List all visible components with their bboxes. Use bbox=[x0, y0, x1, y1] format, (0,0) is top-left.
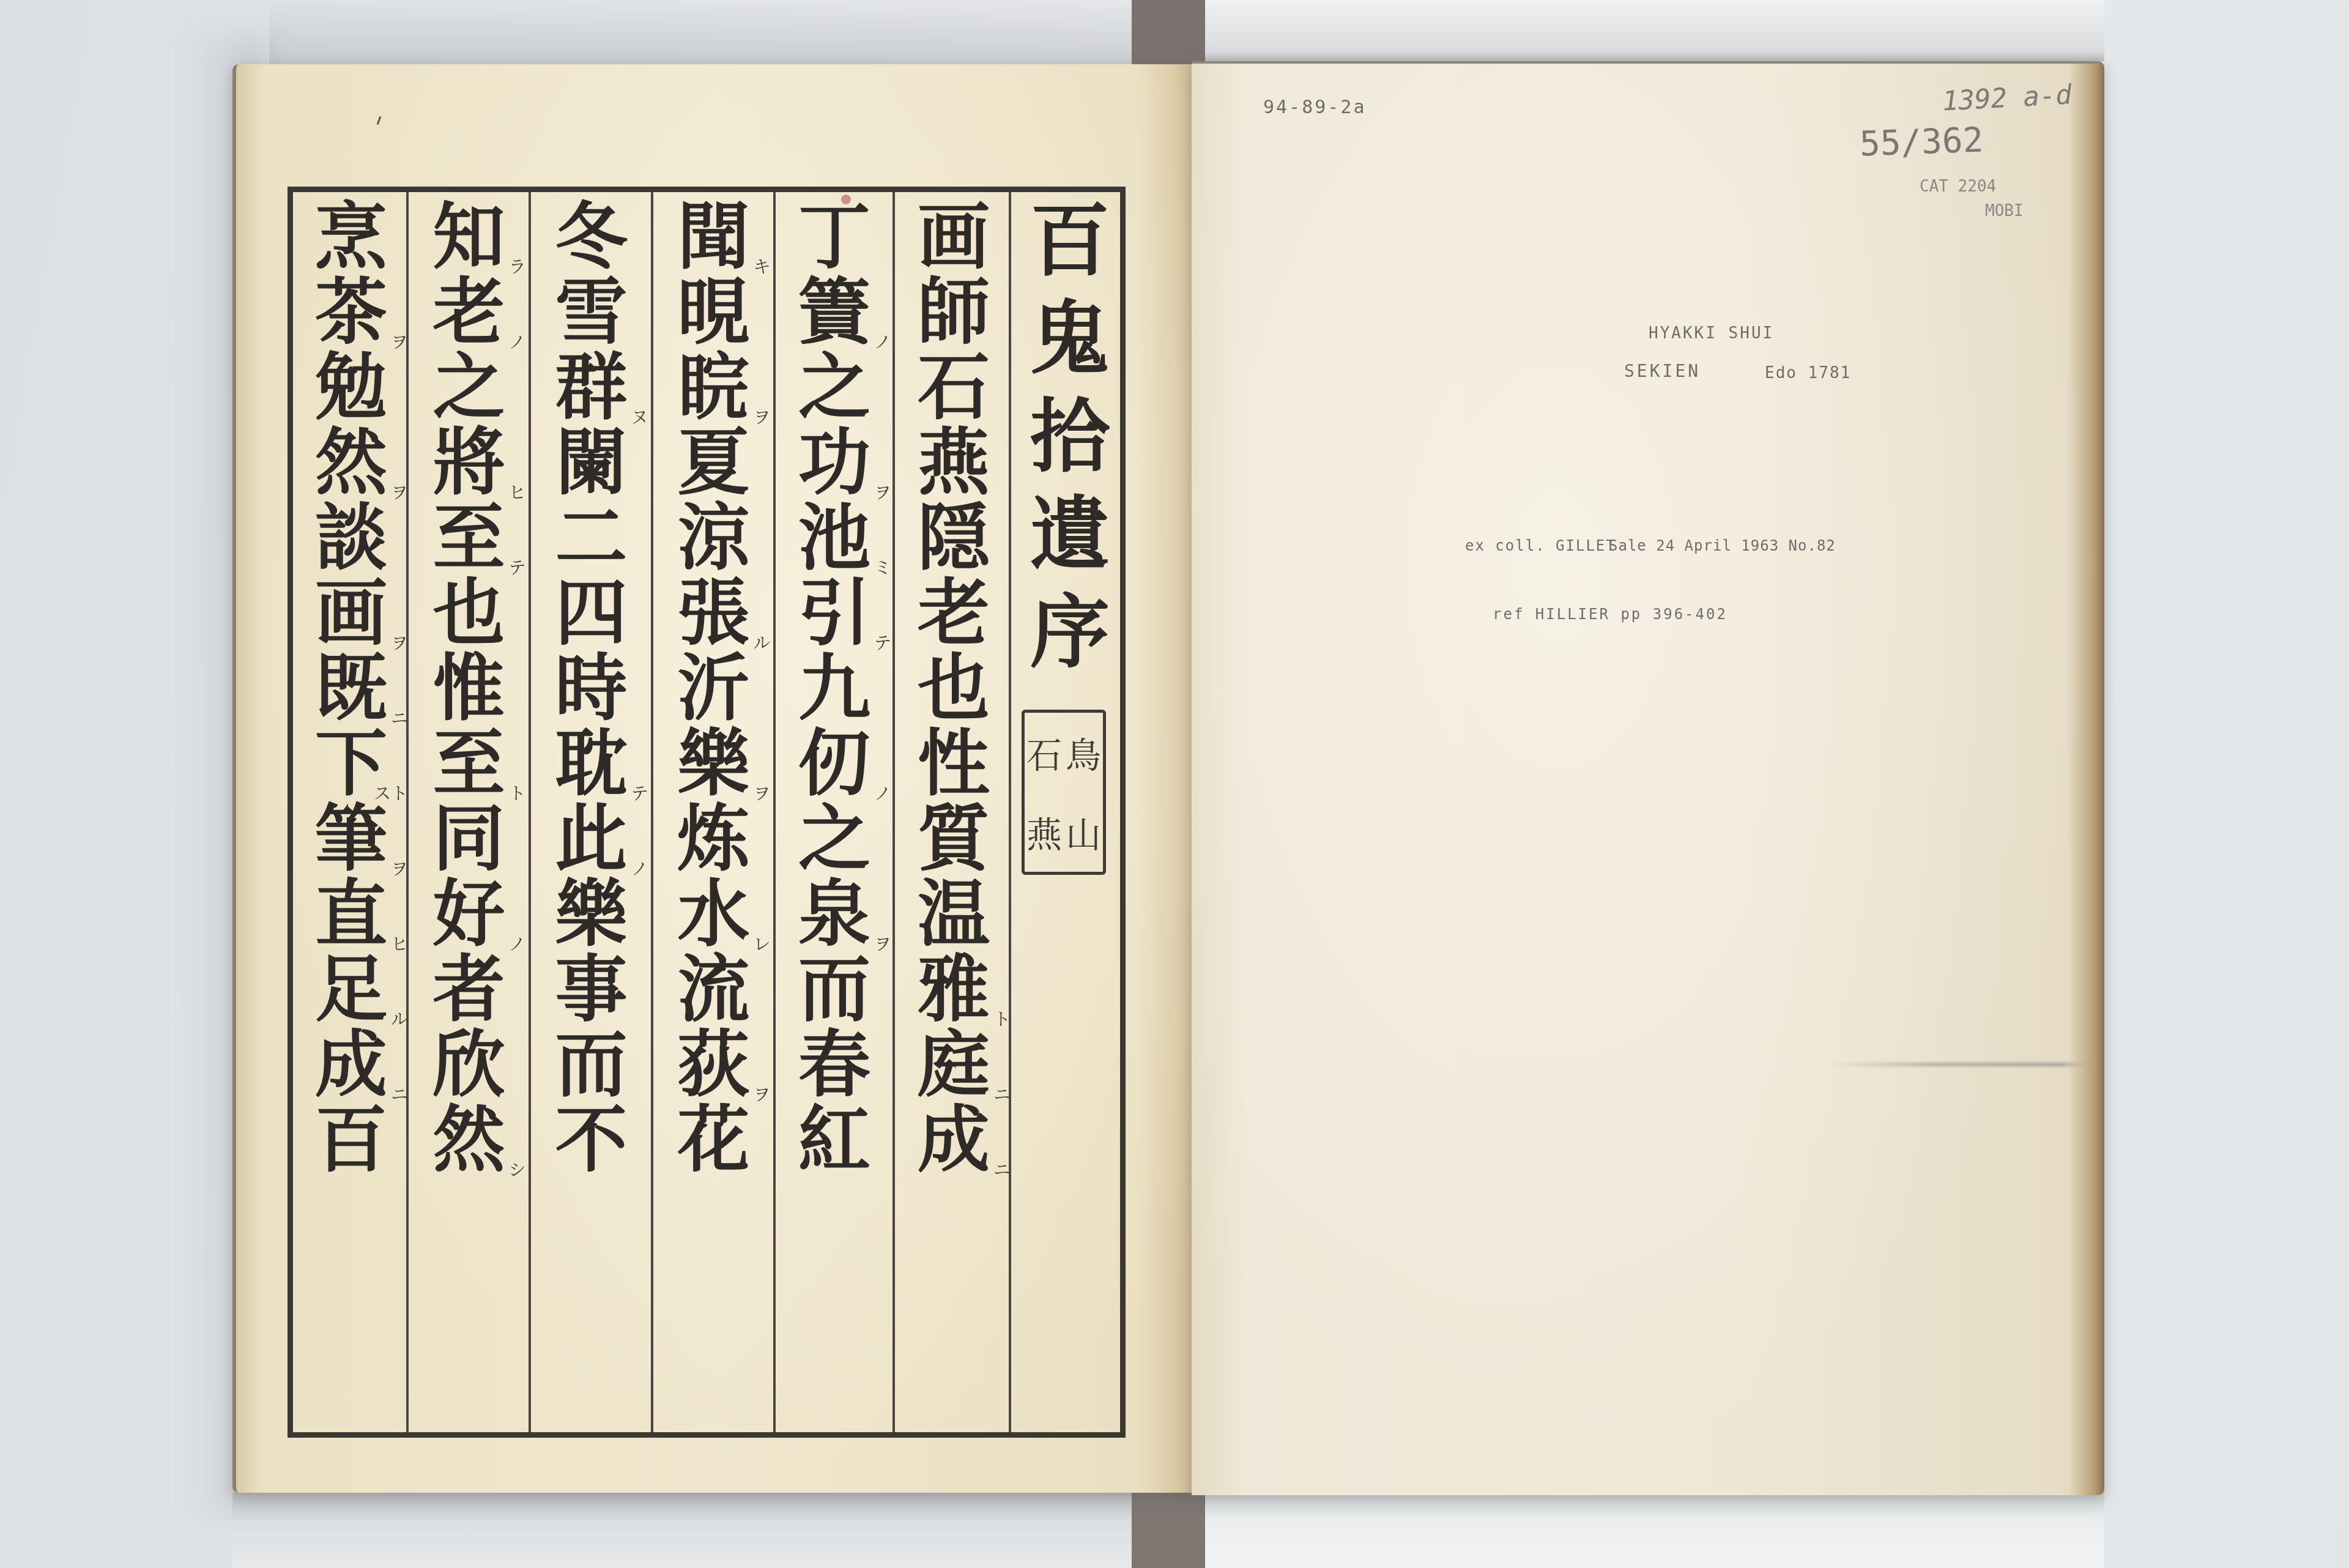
column-rule bbox=[529, 192, 531, 1432]
text-char: 此ノ bbox=[555, 803, 627, 878]
text-char: 之 bbox=[798, 351, 870, 426]
text-char: 画ヲ bbox=[315, 577, 387, 652]
kunten-mark: ラ bbox=[508, 259, 525, 276]
text-char: 不 bbox=[555, 1104, 627, 1179]
kunten-mark: ヒ bbox=[391, 936, 408, 953]
text-char: 事 bbox=[555, 953, 627, 1028]
text-char: 丁 bbox=[798, 201, 870, 276]
text-char: 聞キ bbox=[677, 201, 749, 276]
backdrop-bottom-right bbox=[1205, 1493, 2104, 1568]
right-page bbox=[1192, 61, 2104, 1495]
column-rule bbox=[651, 192, 653, 1432]
kunten-mark: ノ bbox=[508, 936, 525, 953]
spine-bottom bbox=[1132, 1493, 1205, 1568]
text-char: 画 bbox=[918, 201, 990, 276]
kunten-mark: ヲ bbox=[391, 861, 408, 878]
kunten-mark: テ bbox=[631, 786, 648, 803]
text-char: 然ヲ bbox=[315, 426, 387, 502]
text-char: 欣 bbox=[432, 1028, 505, 1104]
text-char: 成ニ bbox=[918, 1104, 990, 1179]
pencil-author: SEKIEN bbox=[1624, 361, 1701, 381]
text-char: 春 bbox=[798, 1028, 870, 1104]
text-char: 然シ bbox=[432, 1104, 505, 1179]
kunten-mark: キ bbox=[753, 259, 770, 276]
kunten-mark: ト bbox=[993, 1011, 1011, 1028]
kunten-mark: ヒ bbox=[508, 485, 525, 502]
text-char: 水レ bbox=[677, 878, 749, 953]
kunten-mark: ノ bbox=[508, 334, 525, 351]
text-char: 既ニ bbox=[315, 652, 387, 727]
text-char: 耽テ bbox=[555, 727, 627, 803]
kunten-mark: テ bbox=[508, 560, 525, 577]
pencil-sale-note: Sale 24 April 1963 No.82 bbox=[1609, 537, 1836, 554]
kunten-mark: ニ bbox=[993, 1087, 1011, 1104]
text-char: 百 bbox=[315, 1104, 387, 1179]
text-char: 樂 bbox=[555, 878, 627, 953]
text-char: 而 bbox=[798, 953, 870, 1028]
text-char: 四 bbox=[555, 577, 627, 652]
title-char: 百 bbox=[1030, 201, 1110, 299]
kunten-mark: テ bbox=[874, 635, 891, 652]
kunten-mark: ル bbox=[391, 1011, 408, 1028]
text-char: 庭ニ bbox=[918, 1028, 990, 1104]
background-shadow-top bbox=[269, 0, 1187, 67]
text-column-5: 知ラ 老ノ 之 將ヒ 至テ 也 惟 至ト 同 好ノ 者 欣 然シ bbox=[412, 201, 525, 1426]
text-char: 成ニ bbox=[315, 1028, 387, 1104]
seal-char: 燕 bbox=[1025, 806, 1064, 858]
text-char: 下スト bbox=[315, 727, 387, 803]
pencil-reference: ref HILLIER pp 396-402 bbox=[1493, 606, 1727, 623]
text-char: 老ノ bbox=[432, 276, 505, 351]
artist-seal: 石 鳥 燕 山 bbox=[1022, 710, 1106, 875]
text-char: 夏 bbox=[677, 426, 749, 502]
text-char: 荻ヲ bbox=[677, 1028, 749, 1104]
text-char: 涼 bbox=[677, 502, 749, 577]
text-char: 知ラ bbox=[432, 201, 505, 276]
text-char: 勉 bbox=[315, 351, 387, 426]
text-frame: 百 鬼 拾 遺 序 画 師 石 燕 隠 老 也 性 質 温 雅ト 庭ニ 成ニ 丁… bbox=[288, 187, 1126, 1438]
spine-top bbox=[1132, 0, 1205, 70]
text-char: 至テ bbox=[432, 502, 505, 577]
pencil-accession-number: 94-89-2a bbox=[1263, 97, 1367, 118]
seal-char: 鳥 bbox=[1064, 727, 1103, 778]
page-crease bbox=[1829, 1063, 2086, 1066]
pencil-catalog-2: MOBI bbox=[1985, 202, 2024, 220]
text-char: 紅 bbox=[798, 1104, 870, 1179]
text-char: 功ヲ bbox=[798, 426, 870, 502]
text-char: 樂ヲ bbox=[677, 727, 749, 803]
text-char: 談 bbox=[315, 502, 387, 577]
text-char: 雪 bbox=[555, 276, 627, 351]
text-char: 燕 bbox=[918, 426, 990, 502]
text-column-4: 冬 雪 群ヌ 闌 二 四 時 耽テ 此ノ 樂 事 而 不 bbox=[535, 201, 648, 1426]
text-char: 張ル bbox=[677, 577, 749, 652]
text-char: 睆ヲ bbox=[677, 351, 749, 426]
pencil-era: Edo 1781 bbox=[1765, 364, 1851, 382]
pencil-number-2: 55/362 bbox=[1859, 120, 1984, 164]
text-char: 群ヌ bbox=[555, 351, 627, 426]
kunten-mark: ヲ bbox=[874, 936, 891, 953]
column-rule bbox=[892, 192, 895, 1432]
kunten-mark: ヲ bbox=[753, 409, 770, 426]
text-char: 足ル bbox=[315, 953, 387, 1028]
text-char: 筆ヲ bbox=[315, 803, 387, 878]
text-char: 石 bbox=[918, 351, 990, 426]
title-char: 序 bbox=[1030, 592, 1110, 690]
kunten-mark: ニ bbox=[993, 1162, 1011, 1179]
text-char: 也 bbox=[432, 577, 505, 652]
kunten-mark: ヲ bbox=[753, 1087, 770, 1104]
kunten-mark: ヲ bbox=[874, 485, 891, 502]
text-char: 至ト bbox=[432, 727, 505, 803]
backdrop-bottom-left bbox=[232, 1493, 1132, 1568]
kunten-mark: ニ bbox=[391, 710, 408, 727]
text-char: 之 bbox=[798, 803, 870, 878]
text-char: 九 bbox=[798, 652, 870, 727]
text-char: 温 bbox=[918, 878, 990, 953]
seal-char: 山 bbox=[1064, 806, 1103, 858]
text-char: 隠 bbox=[918, 502, 990, 577]
text-char: 沂 bbox=[677, 652, 749, 727]
kunten-mark: ニ bbox=[391, 1087, 408, 1104]
text-char: 闌 bbox=[555, 426, 627, 502]
kunten-mark: ヌ bbox=[631, 409, 648, 426]
text-column-1: 画 師 石 燕 隠 老 也 性 質 温 雅ト 庭ニ 成ニ bbox=[899, 201, 1009, 1426]
text-char: 花 bbox=[677, 1104, 749, 1179]
text-char: 老 bbox=[918, 577, 990, 652]
text-char: 而 bbox=[555, 1028, 627, 1104]
title-char: 鬼 bbox=[1030, 299, 1110, 396]
kunten-mark: ヲ bbox=[391, 485, 408, 502]
text-char: 質 bbox=[918, 803, 990, 878]
kunten-mark: ノ bbox=[631, 861, 648, 878]
backdrop-top-right bbox=[1205, 0, 2104, 61]
text-column-6: 烹 茶ヲ 勉 然ヲ 談 画ヲ 既ニ 下スト 筆ヲ 直ヒ 足ル 成ニ 百 bbox=[296, 201, 406, 1426]
red-ink-spot bbox=[841, 195, 851, 204]
pencil-provenance: ex coll. GILLET bbox=[1465, 537, 1616, 554]
text-char: 也 bbox=[918, 652, 990, 727]
kunten-mark: ヲ bbox=[391, 334, 408, 351]
text-char: 炼 bbox=[677, 803, 749, 878]
pencil-title: HYAKKI SHUI bbox=[1649, 324, 1774, 343]
text-char: 將ヒ bbox=[432, 426, 505, 502]
text-char: 同 bbox=[432, 803, 505, 878]
seal-char: 石 bbox=[1025, 727, 1064, 778]
text-char: 茶ヲ bbox=[315, 276, 387, 351]
kunten-mark: レ bbox=[753, 936, 770, 953]
kunten-mark: ル bbox=[753, 635, 770, 652]
text-char: 惟 bbox=[432, 652, 505, 727]
text-char: 雅ト bbox=[918, 953, 990, 1028]
text-char: 性 bbox=[918, 727, 990, 803]
text-char: 晛 bbox=[677, 276, 749, 351]
column-rule bbox=[1009, 192, 1011, 1432]
text-char: 烹 bbox=[315, 201, 387, 276]
kunten-mark: ノ bbox=[874, 334, 891, 351]
kunten-mark: ト bbox=[508, 786, 525, 803]
text-char: 者 bbox=[432, 953, 505, 1028]
pencil-catalog-1: CAT 2204 bbox=[1920, 177, 1996, 196]
text-char: 直ヒ bbox=[315, 878, 387, 953]
column-rule bbox=[406, 192, 409, 1432]
text-char: 二 bbox=[555, 502, 627, 577]
text-char: 簀ノ bbox=[798, 276, 870, 351]
text-char: 仞ノ bbox=[798, 727, 870, 803]
title-char: 拾 bbox=[1030, 396, 1110, 494]
kunten-mark: ノ bbox=[874, 786, 891, 803]
text-char: 好ノ bbox=[432, 878, 505, 953]
kunten-mark: シ bbox=[508, 1162, 525, 1179]
text-column-3: 聞キ 晛 睆ヲ 夏 涼 張ル 沂 樂ヲ 炼 水レ 流 荻ヲ 花 bbox=[657, 201, 770, 1426]
title-char: 遺 bbox=[1030, 494, 1110, 592]
kunten-mark: ミ bbox=[874, 560, 891, 577]
kunten-mark: ヲ bbox=[391, 635, 408, 652]
text-char: 引テ bbox=[798, 577, 870, 652]
text-char: 流 bbox=[677, 953, 749, 1028]
text-char: 泉ヲ bbox=[798, 878, 870, 953]
text-char: 師 bbox=[918, 276, 990, 351]
text-char: 池ミ bbox=[798, 502, 870, 577]
text-column-2: 丁 簀ノ 之 功ヲ 池ミ 引テ 九 仞ノ 之 泉ヲ 而 春 紅 bbox=[779, 201, 889, 1426]
text-char: 冬 bbox=[555, 201, 627, 276]
text-char: 時 bbox=[555, 652, 627, 727]
text-char: 之 bbox=[432, 351, 505, 426]
kunten-mark: ヲ bbox=[753, 786, 770, 803]
column-rule bbox=[773, 192, 776, 1432]
